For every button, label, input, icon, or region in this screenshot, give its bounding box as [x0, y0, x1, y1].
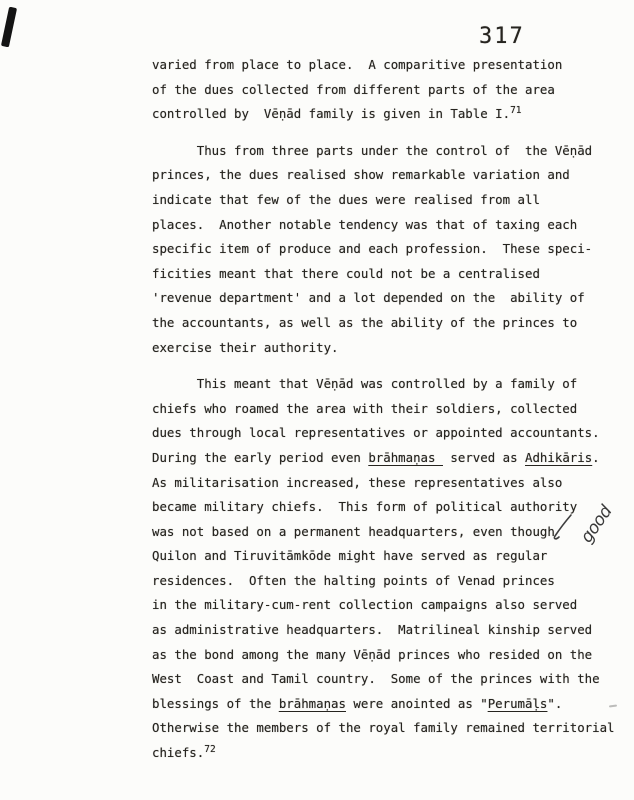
- scan-ink-corner-artifact: [1, 7, 17, 48]
- text-line: West Coast and Tamil country. Some of th…: [152, 667, 632, 692]
- text-line: places. Another notable tendency was tha…: [152, 213, 632, 238]
- text-line: controlled by Vēṇād family is given in T…: [152, 102, 632, 127]
- paragraph-1: varied from place to place. A comparitiv…: [152, 53, 632, 127]
- text-line: the accountants, as well as the ability …: [152, 311, 632, 336]
- scanned-document-page: 317 varied from place to place. A compar…: [0, 0, 634, 800]
- text-line: During the early period even brāhmaṇas s…: [152, 446, 632, 471]
- text-line: Otherwise the members of the royal famil…: [152, 716, 632, 741]
- text-line: blessings of the brāhmaṇas were anointed…: [152, 692, 632, 717]
- text-line: dues through local representatives or ap…: [152, 421, 632, 446]
- text-line: princes, the dues realised show remarkab…: [152, 163, 632, 188]
- page-number: 317: [479, 24, 525, 49]
- text-line: ficities meant that there could not be a…: [152, 262, 632, 287]
- text-line: Quilon and Tiruvitāmkōde might have serv…: [152, 544, 632, 569]
- text-block: varied from place to place. A comparitiv…: [152, 53, 632, 766]
- text-line: chiefs.72: [152, 741, 632, 766]
- text-line: in the military-cum-rent collection camp…: [152, 593, 632, 618]
- text-line: chiefs who roamed the area with their so…: [152, 397, 632, 422]
- paragraph-3: This meant that Vēṇād was controlled by …: [152, 372, 632, 766]
- text-line: as the bond among the many Vēṇād princes…: [152, 643, 632, 668]
- text-line: residences. Often the halting points of …: [152, 569, 632, 594]
- text-line: specific item of produce and each profes…: [152, 237, 632, 262]
- text-line: of the dues collected from different par…: [152, 78, 632, 103]
- text-line: as administrative headquarters. Matrilin…: [152, 618, 632, 643]
- text-line: 'revenue department' and a lot depended …: [152, 286, 632, 311]
- text-line: This meant that Vēṇād was controlled by …: [152, 372, 632, 397]
- text-line: indicate that few of the dues were reali…: [152, 188, 632, 213]
- paragraph-2: Thus from three parts under the control …: [152, 139, 632, 360]
- text-line: varied from place to place. A comparitiv…: [152, 53, 632, 78]
- text-line: As militarisation increased, these repre…: [152, 471, 632, 496]
- handwritten-tick-icon: [549, 512, 575, 542]
- text-line: Thus from three parts under the control …: [152, 139, 632, 164]
- text-line: exercise their authority.: [152, 336, 632, 361]
